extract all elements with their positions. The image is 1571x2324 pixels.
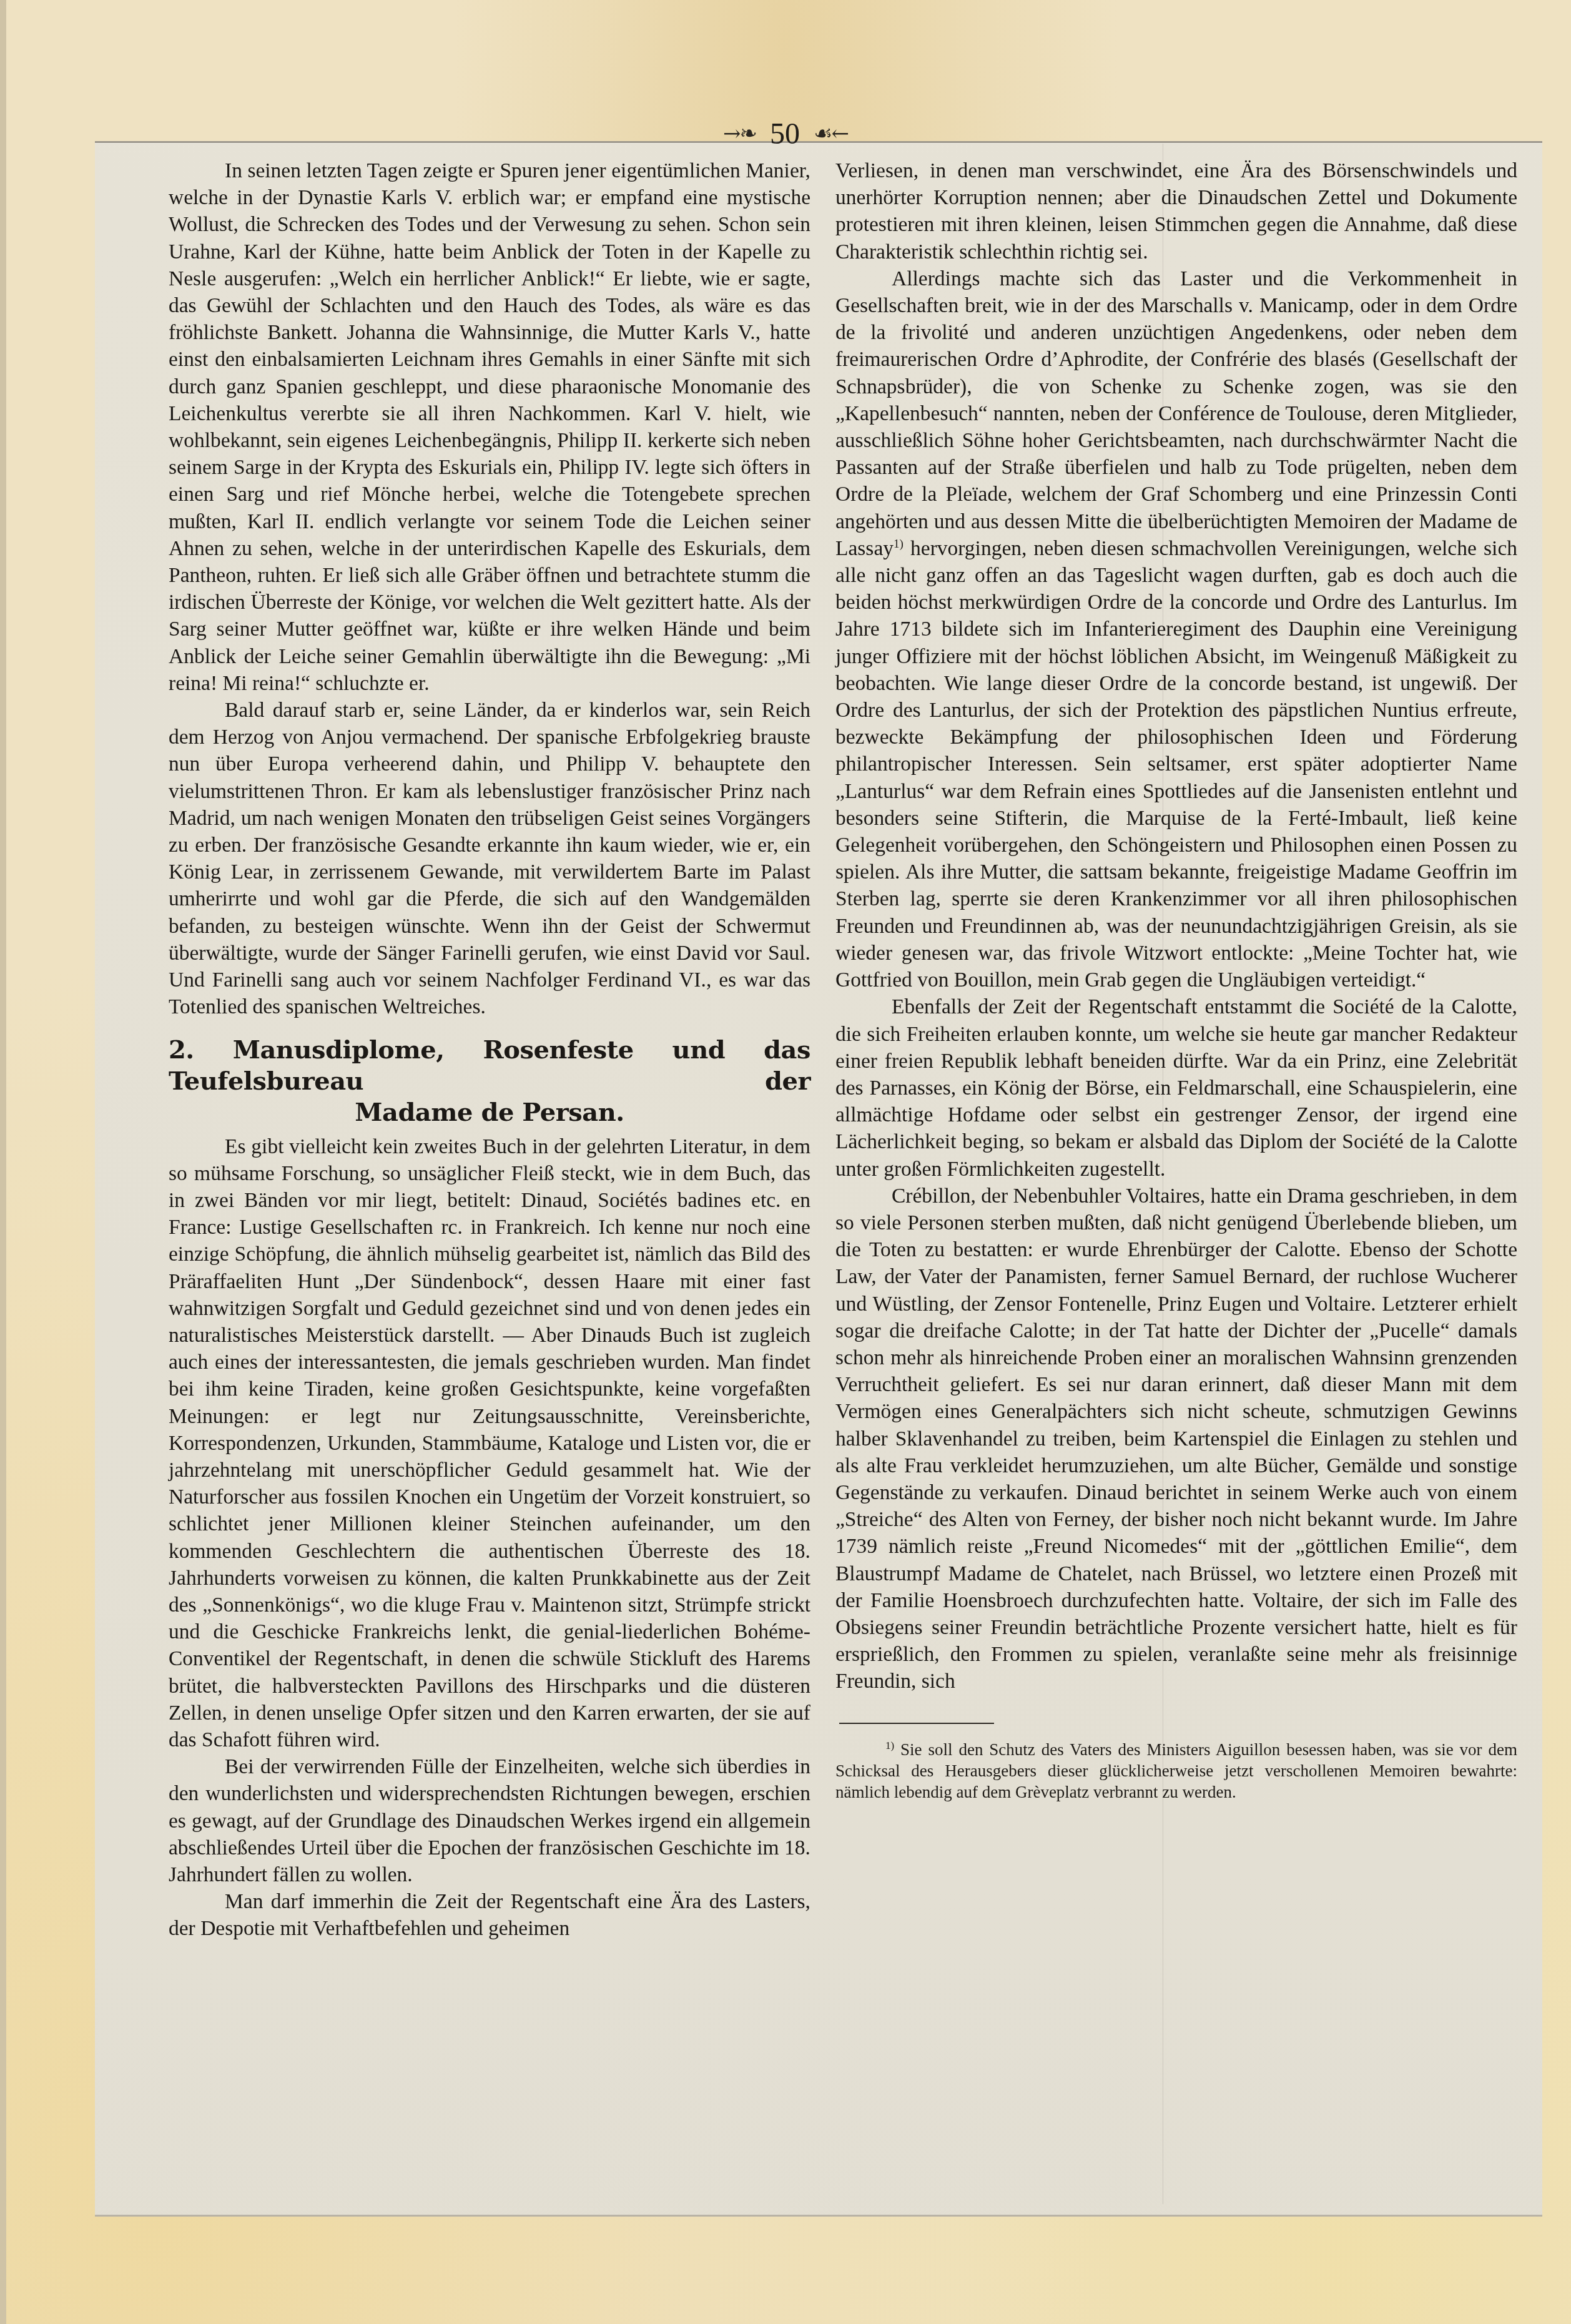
footnote: 1) Sie soll den Schutz des Vaters des Mi… <box>835 1735 1517 1803</box>
footnote-divider <box>839 1723 994 1724</box>
paragraph: Bald darauf starb er, seine Länder, da e… <box>169 697 810 1020</box>
footnote-marker: 1) <box>885 1740 894 1751</box>
paragraph: Allerdings machte sich das Laster und di… <box>835 265 1517 993</box>
paragraph-text: Allerdings machte sich das Laster und di… <box>835 267 1517 560</box>
page-number: 50 <box>770 117 800 151</box>
paragraph: Verliesen, in denen man verschwindet, ei… <box>835 157 1517 265</box>
left-column: In seinen letzten Tagen zeigte er Spuren… <box>169 157 810 1942</box>
paragraph: Crébillon, der Nebenbuhler Voltaires, ha… <box>835 1183 1517 1695</box>
right-column: Verliesen, in denen man verschwindet, ei… <box>835 157 1517 1803</box>
section-heading-line-2: Madame de Persan. <box>169 1097 810 1128</box>
right-ornament-icon: ☙← <box>814 121 848 146</box>
footnote-text: Sie soll den Schutz des Vaters des Minis… <box>835 1740 1517 1801</box>
paragraph: In seinen letzten Tagen zeigte er Spuren… <box>169 157 810 697</box>
paragraph: Bei der verwirrenden Fülle der Einzelhei… <box>169 1753 810 1888</box>
paragraph: Man darf immerhin die Zeit der Regentsch… <box>169 1888 810 1942</box>
section-heading: 2. Manusdiplome, Rosenfeste und das Teuf… <box>169 1035 810 1128</box>
page-header: →❧ 50 ☙← <box>0 115 1571 152</box>
section-heading-line-1: 2. Manusdiplome, Rosenfeste und das Teuf… <box>169 1035 810 1097</box>
paragraph: Ebenfalls der Zeit der Regentschaft ents… <box>835 993 1517 1182</box>
page-edge <box>0 0 6 2324</box>
footnote-reference[interactable]: 1) <box>894 538 904 551</box>
left-ornament-icon: →❧ <box>723 121 756 146</box>
paragraph-text: hervorgingen, neben diesen schmachvollen… <box>835 537 1517 992</box>
paragraph: Es gibt vielleicht kein zweites Buch in … <box>169 1133 810 1754</box>
